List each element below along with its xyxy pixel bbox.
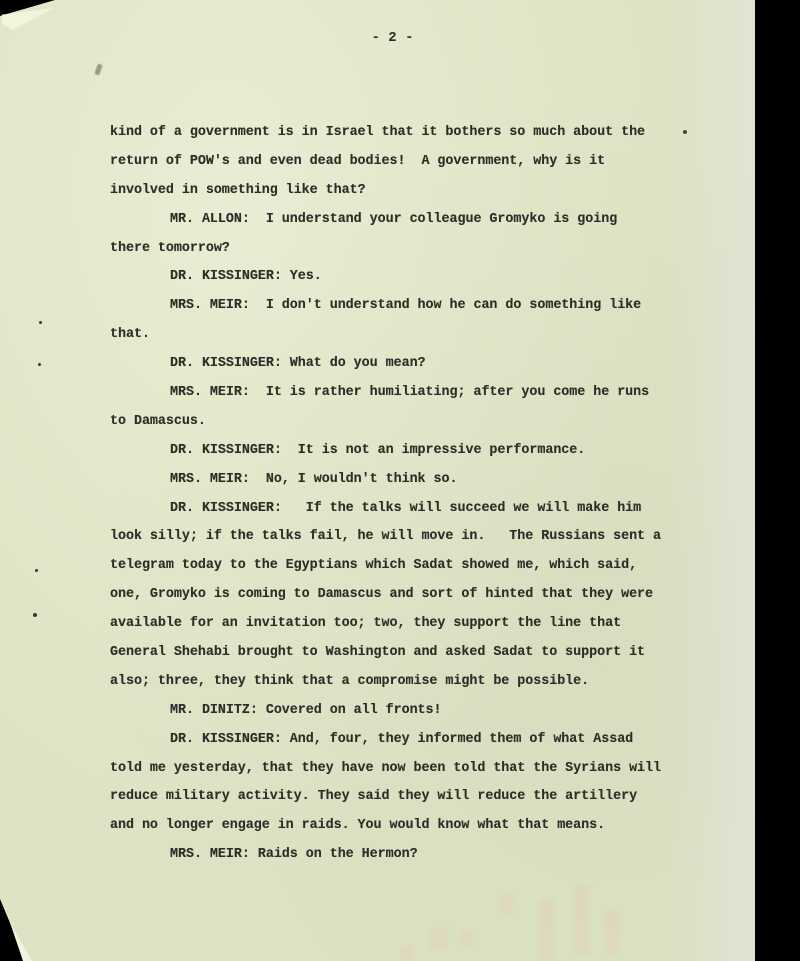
paper-speck	[35, 569, 38, 572]
transcript-line: look silly; if the talks fail, he will m…	[110, 523, 720, 552]
speaker-line-kissinger: DR. KISSINGER: And, four, they informed …	[110, 726, 720, 755]
bleed-through-mark	[400, 945, 414, 961]
transcript-line: available for an invitation too; two, th…	[110, 610, 720, 639]
ink-smudge	[94, 63, 102, 75]
bleed-through-mark	[500, 895, 512, 913]
transcript-line: involved in something like that?	[110, 177, 720, 206]
transcript-line: return of POW's and even dead bodies! A …	[110, 148, 720, 177]
speaker-line-meir: MRS. MEIR: It is rather humiliating; aft…	[110, 379, 720, 408]
transcript-line: kind of a government is in Israel that i…	[110, 119, 720, 148]
bleed-through-mark	[575, 885, 589, 955]
speaker-line-kissinger: DR. KISSINGER: If the talks will succeed…	[110, 495, 720, 524]
transcript-line: General Shehabi brought to Washington an…	[110, 639, 720, 668]
bleed-through-mark	[605, 910, 619, 955]
transcript-line: one, Gromyko is coming to Damascus and s…	[110, 581, 720, 610]
page-number: - 2 -	[0, 30, 785, 46]
bleed-through-mark	[430, 928, 448, 950]
scanned-document: - 2 - kind of a government is in Israel …	[0, 0, 800, 961]
speaker-line-meir: MRS. MEIR: I don't understand how he can…	[110, 292, 720, 321]
speaker-line-dinitz: MR. DINITZ: Covered on all fronts!	[110, 697, 720, 726]
transcript-line: that.	[110, 321, 720, 350]
transcript-line: to Damascus.	[110, 408, 720, 437]
speaker-line-kissinger: DR. KISSINGER: What do you mean?	[110, 350, 720, 379]
speaker-line-kissinger: DR. KISSINGER: Yes.	[110, 263, 720, 292]
transcript-line: reduce military activity. They said they…	[110, 783, 720, 812]
paper-speck	[33, 613, 37, 617]
transcript-line: there tomorrow?	[110, 235, 720, 264]
transcript-body: kind of a government is in Israel that i…	[110, 119, 720, 870]
bleed-through-mark	[540, 900, 554, 960]
paper-speck	[38, 363, 41, 366]
speaker-line-meir: MRS. MEIR: No, I wouldn't think so.	[110, 466, 720, 495]
transcript-line: told me yesterday, that they have now be…	[110, 755, 720, 784]
paper-sheet: - 2 - kind of a government is in Israel …	[0, 0, 755, 961]
paper-speck	[683, 130, 687, 134]
paper-speck	[39, 321, 42, 324]
speaker-line-allon: MR. ALLON: I understand your colleague G…	[110, 206, 720, 235]
transcript-line: and no longer engage in raids. You would…	[110, 812, 720, 841]
speaker-line-meir: MRS. MEIR: Raids on the Hermon?	[110, 841, 720, 870]
bleed-through-mark	[460, 930, 472, 946]
transcript-line: also; three, they think that a compromis…	[110, 668, 720, 697]
speaker-line-kissinger: DR. KISSINGER: It is not an impressive p…	[110, 437, 720, 466]
transcript-line: telegram today to the Egyptians which Sa…	[110, 552, 720, 581]
